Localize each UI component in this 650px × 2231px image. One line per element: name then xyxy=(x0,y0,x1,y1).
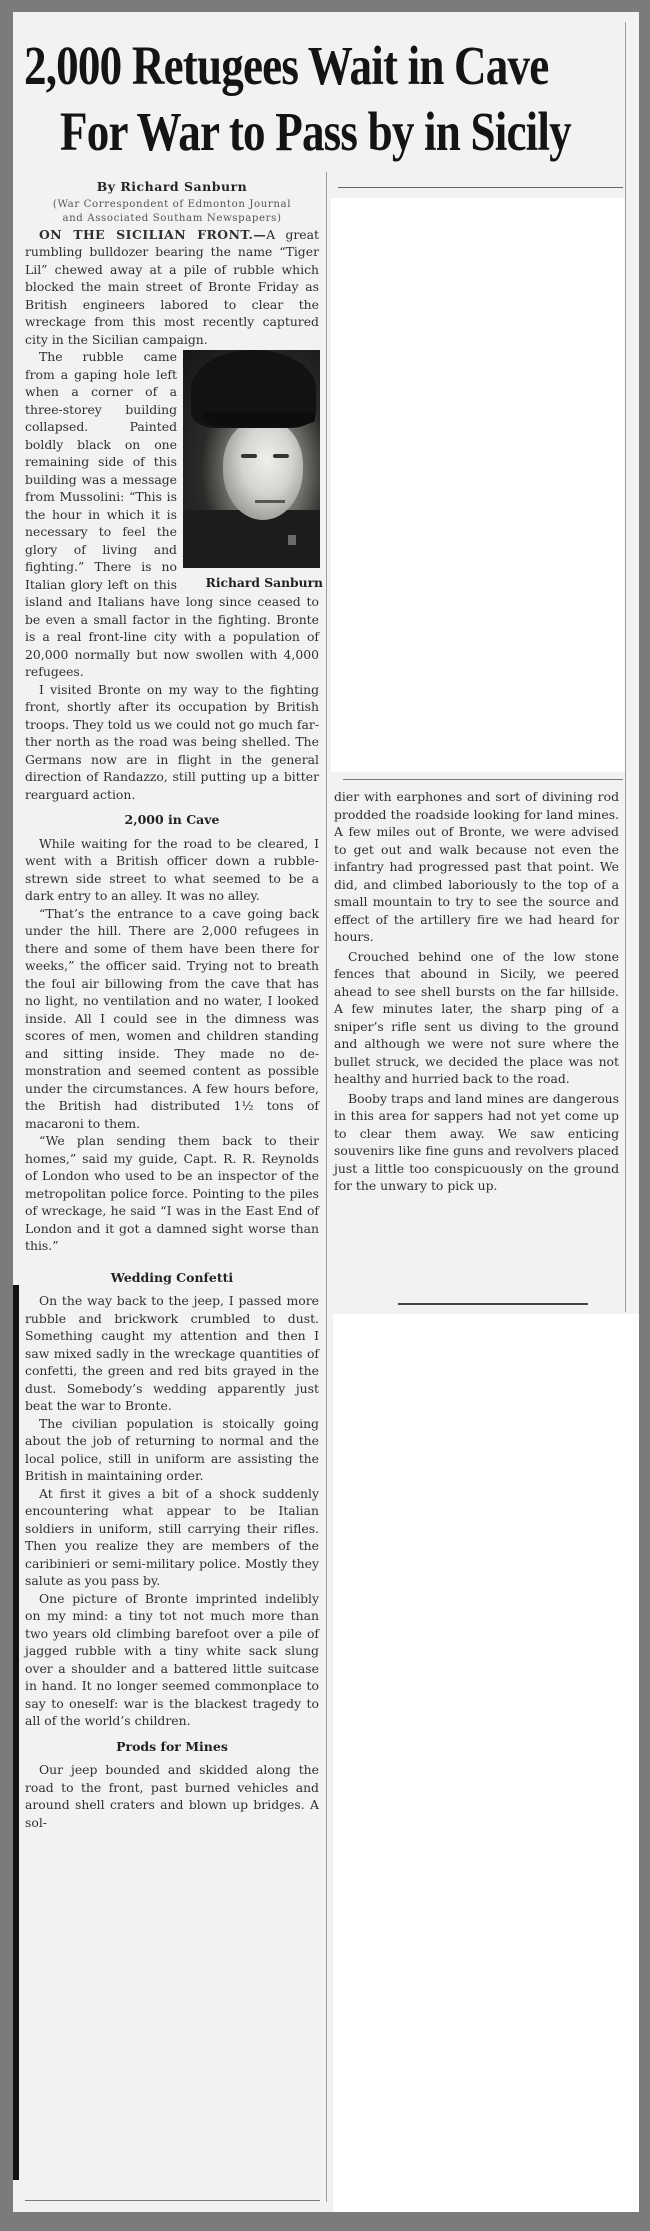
paragraph: Booby traps and land mines are dangerous… xyxy=(334,1090,619,1195)
column-end-rule xyxy=(25,2200,320,2201)
subhead: Prods for Mines xyxy=(25,1738,319,1756)
paragraph: One picture of Bronte imprinted indelibl… xyxy=(25,1590,319,1730)
paragraph: The civilian population is stoically goi… xyxy=(25,1415,319,1485)
right-edge-rule xyxy=(625,22,626,1312)
newspaper-clipping: 2,000 Retugees Wait in Cave For War to P… xyxy=(13,12,639,2212)
paragraph: ON THE SICILIAN FRONT.—A great rumbling … xyxy=(25,226,319,349)
paragraph: dier with earphones and sort of di­vinin… xyxy=(334,788,619,946)
byline: By Richard Sanburn xyxy=(25,178,319,196)
subhead: Wedding Confetti xyxy=(25,1269,319,1287)
paragraph: Crouched behind one of the low stone fen… xyxy=(334,948,619,1088)
column-divider xyxy=(326,172,327,2202)
photo-caption: Richard Sanburn xyxy=(183,574,323,592)
headline-line-2: For War to Pass by in Sicily xyxy=(60,102,573,162)
column-rule xyxy=(338,187,623,188)
credit-line: and Associated Southam Newspapers) xyxy=(25,212,319,225)
paragraph: I visited Bronte on my way to the fighti… xyxy=(25,681,319,804)
paragraph: “We plan sending them back to their home… xyxy=(25,1132,319,1255)
left-column: By Richard Sanburn (War Correspondent of… xyxy=(25,178,319,1831)
portrait-photo-icon xyxy=(183,350,320,568)
headline-line-1: 2,000 Retugees Wait in Cave xyxy=(24,36,537,96)
paragraph: At first it gives a bit of a shock sudde… xyxy=(25,1485,319,1590)
paragraph: “That’s the entrance to a cave going bac… xyxy=(25,905,319,1133)
credit-line: (War Correspondent of Edmonton Journal xyxy=(25,198,319,211)
blank-region-top xyxy=(331,198,625,772)
left-edge-bar xyxy=(13,1285,19,2180)
author-photo-block: Richard Sanburn xyxy=(183,350,323,592)
paragraph: While waiting for the road to be cleared… xyxy=(25,835,319,905)
subhead: 2,000 in Cave xyxy=(25,811,319,829)
paragraph: Our jeep bounded and skidded along the r… xyxy=(25,1761,319,1831)
dateline: ON THE SICILIAN FRONT.— xyxy=(39,227,266,242)
column-rule xyxy=(343,779,623,780)
right-column: dier with earphones and sort of di­vinin… xyxy=(334,788,619,1195)
blank-region-bottom xyxy=(333,1314,639,2212)
end-rule xyxy=(398,1303,588,1305)
paragraph: On the way back to the jeep, I passed mo… xyxy=(25,1292,319,1415)
